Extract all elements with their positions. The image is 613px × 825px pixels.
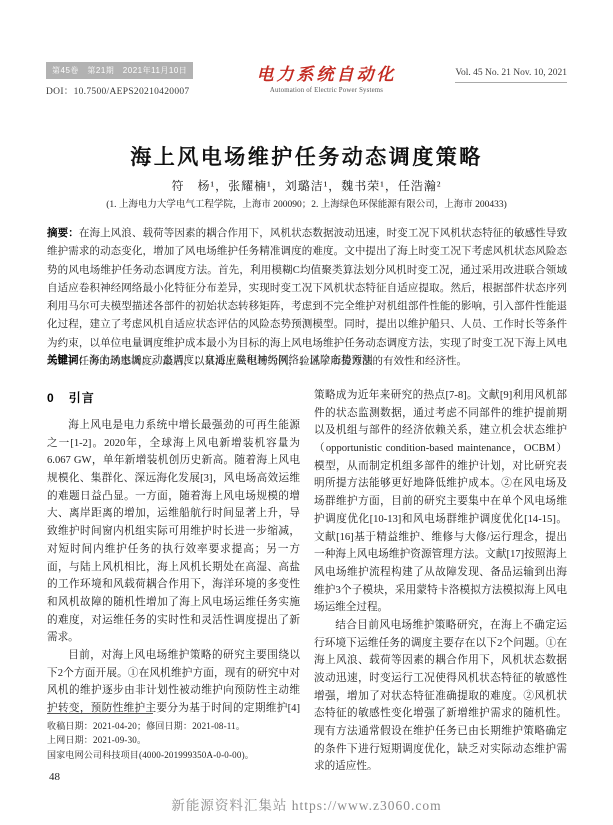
issue-info-english: Vol. 45 No. 21 Nov. 10, 2021: [455, 68, 567, 83]
journal-logo: 电力系统自动化: [246, 60, 407, 85]
watermark: 新能源资料汇集站 https://www.z3060.com: [0, 794, 613, 814]
header-right: Vol. 45 No. 21 Nov. 10, 2021: [407, 60, 567, 83]
authors-line: 符 杨¹，张耀楠¹，刘璐洁¹，魏书荣¹，任浩瀚²: [0, 177, 613, 194]
abstract-text: 在海上风浪、载荷等因素的耦合作用下，风机状态数据波动迅速，时变工况下风机状态特征…: [47, 228, 567, 367]
keywords-block: 关键词：海上风电场；动态调度；自适应卷积神经网络；风险态势预测: [47, 352, 567, 367]
journal-logo-english: Automation of Electric Power Systems: [246, 87, 407, 94]
paragraph: 策略成为近年来研究的热点[7-8]。文献[9]利用风机部件的状态监测数据，通过考…: [314, 387, 567, 617]
right-column: 策略成为近年来研究的热点[7-8]。文献[9]利用风机部件的状态监测数据，通过考…: [314, 387, 567, 770]
paragraph: 海上风电是电力系统中增长最强劲的可再生能源之一[1-2]。2020年，全球海上风…: [47, 417, 300, 647]
abstract-block: 摘要：在海上风浪、载荷等因素的耦合作用下，风机状态数据波动迅速，时变工况下风机状…: [47, 224, 567, 371]
funding-line: 国家电网公司科技项目(4000-201999350A-0-0-00)。: [47, 748, 305, 762]
journal-page: 第45卷 第21期 2021年11月10日 DOI：10.7500/AEPS20…: [0, 0, 613, 825]
section-title: 引言: [69, 391, 95, 405]
online-date-line: 上网日期：2021-09-30。: [47, 733, 305, 747]
affiliations-line: (1. 上海电力大学电气工程学院，上海市 200090；2. 上海绿色环保能源有…: [0, 196, 613, 210]
page-number: 48: [49, 771, 60, 783]
footnote-block: 收稿日期：2021-04-20；修回日期：2021-08-11。 上网日期：20…: [47, 713, 305, 771]
abstract-label: 摘要：: [47, 227, 79, 239]
footnote-rule: [47, 713, 153, 714]
issue-badge: 第45卷 第21期 2021年11月10日: [46, 62, 193, 79]
keywords-text: 海上风电场；动态调度；自适应卷积神经网络；风险态势预测: [89, 355, 373, 366]
article-title: 海上风电场维护任务动态调度策略: [0, 141, 613, 171]
page-header: 第45卷 第21期 2021年11月10日 DOI：10.7500/AEPS20…: [46, 60, 567, 97]
section-number: 0: [47, 391, 55, 405]
received-date-line: 收稿日期：2021-04-20；修回日期：2021-08-11。: [47, 719, 305, 733]
paragraph: 结合目前风电场维护策略研究，在海上不确定运行环境下运维任务的调度主要存在以下2个…: [314, 617, 567, 770]
header-left: 第45卷 第21期 2021年11月10日 DOI：10.7500/AEPS20…: [46, 60, 246, 97]
doi-text: DOI：10.7500/AEPS20210420007: [46, 83, 246, 97]
header-center: 电力系统自动化 Automation of Electric Power Sys…: [246, 60, 407, 94]
keywords-label: 关键词：: [47, 354, 89, 366]
section-heading: 0引言: [47, 388, 300, 408]
